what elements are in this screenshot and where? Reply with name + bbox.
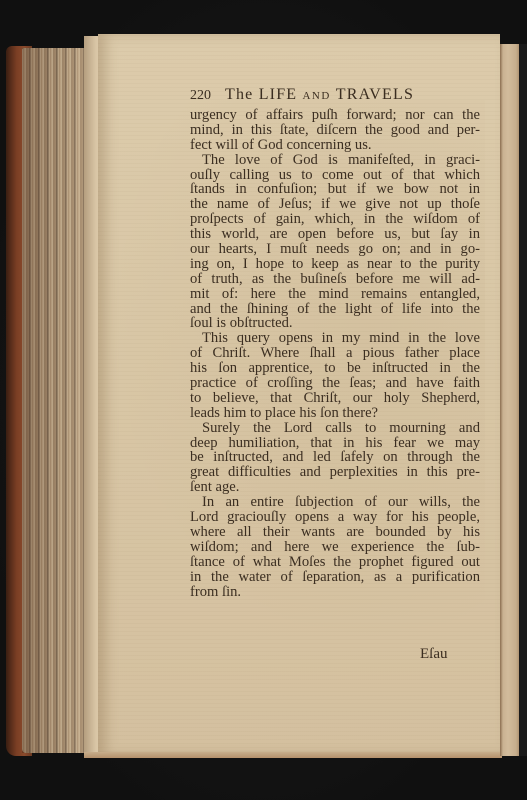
text-line: and the ſhining of the light of life int…: [190, 302, 480, 317]
text-line: this world, are open before us, but ſay …: [190, 227, 480, 242]
text-line: the name of Jeſus; if we give not up tho…: [190, 197, 480, 212]
text-line: in the water of ſeparation, as a purific…: [190, 570, 480, 585]
text-line: Lord graciouſly opens a way for his peop…: [190, 510, 480, 525]
catchword: Eſau: [420, 646, 448, 663]
text-line: Surely the Lord calls to mourning and: [190, 421, 480, 436]
text-line: ing on, I hope to keep as near to the pu…: [190, 257, 480, 272]
text-line: mind, in this ſtate, diſcern the good an…: [190, 123, 480, 138]
text-line: In an entire ſubjection of our wills, th…: [190, 495, 480, 510]
running-title-life: LIFE: [259, 86, 298, 103]
text-line: wiſdom; and here we experience the ſub-: [190, 540, 480, 555]
text-line: The love of God is manifeſted, in graci-: [190, 153, 480, 168]
text-line: ſtands in confuſion; but if we bow not i…: [190, 182, 480, 197]
text-line: proſpects of gain, which, in the wiſdom …: [190, 212, 480, 227]
text-line: urgency of affairs puſh forward; nor can…: [190, 108, 480, 123]
text-line: to believe, that Chriſt, our holy Shephe…: [190, 391, 480, 406]
text-line: practice of croſſing the ſeas; and have …: [190, 376, 480, 391]
running-title-and: and: [302, 90, 330, 102]
body-text: urgency of affairs puſh forward; nor can…: [190, 108, 480, 599]
text-line: ouſly calling us to come out of that whi…: [190, 168, 480, 183]
running-head: 220 The LIFE and TRAVELS: [190, 86, 452, 104]
text-line: be inſtructed, and led ſafely on through…: [190, 450, 480, 465]
text-line: from ſin.: [190, 585, 480, 600]
text-line: of truth, as the buſineſs before me will…: [190, 272, 480, 287]
text-line: deep humiliation, that in his fear we ma…: [190, 436, 480, 451]
running-title-travels: TRAVELS: [336, 86, 414, 103]
text-line: where all their wants are bounded by his: [190, 525, 480, 540]
text-line: This query opens in my mind in the love: [190, 331, 480, 346]
text-line: of Chriſt. Where ſhall a pious father pl…: [190, 346, 480, 361]
book-cover-edge-right: [519, 44, 527, 756]
text-line: ſent age.: [190, 480, 480, 495]
page-bottom-edge: [84, 752, 502, 758]
text-line: his ſon apprentice, to be inſtructed in …: [190, 361, 480, 376]
text-line: our hearts, I muſt needs go on; and in g…: [190, 242, 480, 257]
text-line: mit of: here the mind remains entangled,: [190, 287, 480, 302]
page-stack-right: [500, 44, 520, 756]
page-stack-left: [22, 48, 84, 753]
text-line: fect will of God concerning us.: [190, 138, 480, 153]
running-title-the: The: [225, 86, 253, 103]
text-line: ſtance of what Moſes the prophet figured…: [190, 555, 480, 570]
page-number: 220: [190, 88, 211, 104]
text-line: great difficulties and perplexities in t…: [190, 465, 480, 480]
running-title: The LIFE and TRAVELS: [225, 86, 414, 104]
text-line: ſoul is obſtructed.: [190, 316, 480, 331]
text-line: leads him to place his ſon there?: [190, 406, 480, 421]
